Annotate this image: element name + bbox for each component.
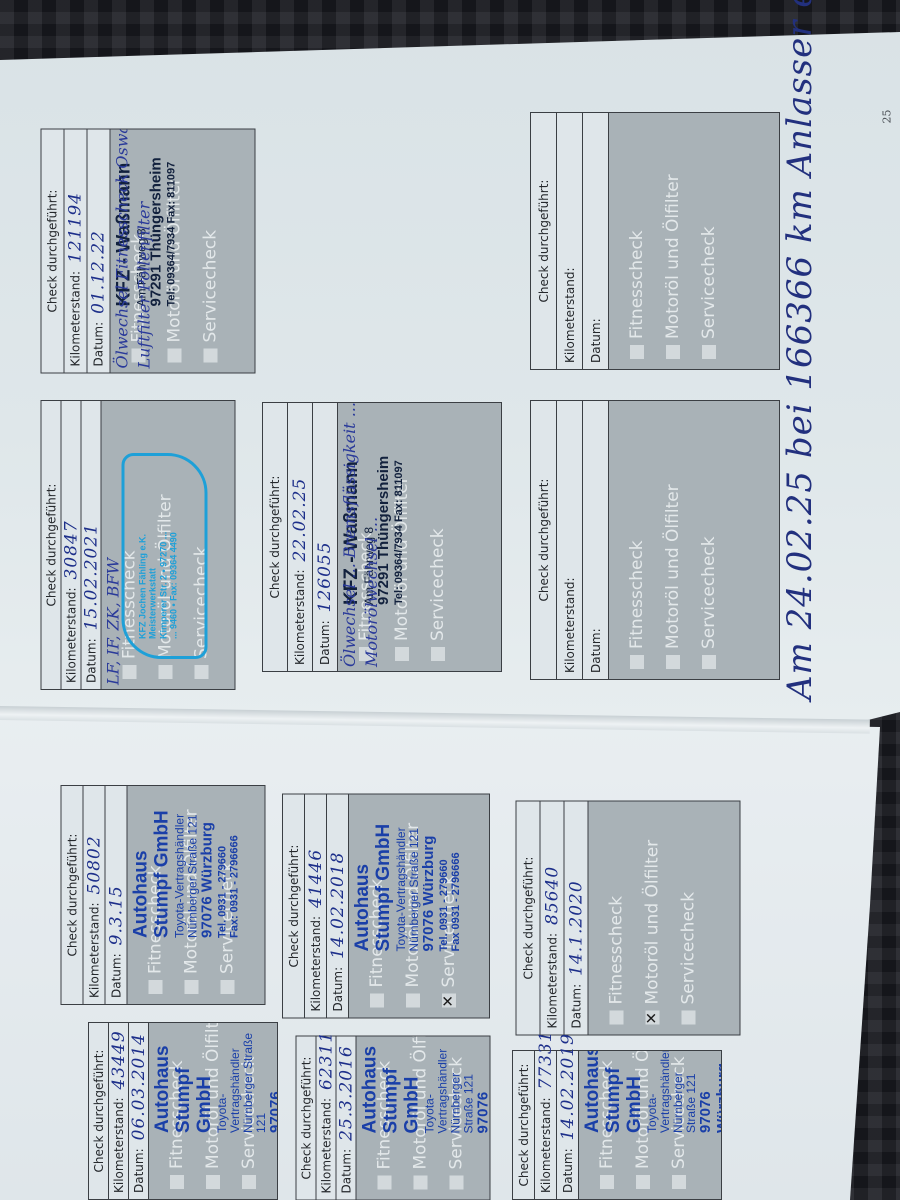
handwritten-note: Luftfilter Pollenfilter — [134, 201, 153, 368]
check-performed-row-label: Check durchgeführt: — [92, 1050, 106, 1173]
check-options-panel: FitnesscheckMotoröl und ÖlfilterServicec… — [338, 403, 501, 671]
mileage-row-value: 41446 — [306, 848, 326, 907]
stamp-text: Tel: 09364/7934 Fax: 811097 — [165, 135, 177, 306]
date-row-label: Datum: — [132, 1148, 146, 1193]
check-performed-row: Check durchgeführt: — [516, 801, 540, 1034]
check-options-panel: FitnesscheckMotoröl und ÖlfilterServicec… — [609, 113, 779, 369]
mileage-row: Kilometerstand:30847 — [61, 401, 81, 689]
stamp-text: 97076 Würzburg — [421, 800, 438, 951]
mileage-row-value: 85640 — [542, 865, 562, 924]
check-options-panel: FitnesscheckMotoröl und ÖlfilterServicec… — [101, 401, 234, 689]
mileage-row-value: 30847 — [61, 520, 81, 579]
service-check-card: Check durchgeführt:Kilometerstand:62311D… — [295, 1035, 490, 1200]
stamp-text: Toyota-Vertragshändler — [395, 800, 408, 951]
check-option-label: Servicecheck — [699, 536, 719, 649]
stamp-text: Autohaus Stumpf GmbH — [153, 1029, 216, 1133]
date-row-value: 25.3.2016 — [336, 1045, 356, 1141]
checkbox — [431, 647, 445, 661]
handwritten-note: Ölwechsel Fitnesscheck Oswald ... — [112, 129, 131, 368]
mileage-row: Kilometerstand:50802 — [83, 786, 105, 1004]
check-option: Motoröl und Ölfilter — [663, 123, 683, 359]
stamp-text: Tel. 0931 - 279660 — [438, 800, 450, 951]
mileage-row-label: Kilometerstand: — [64, 587, 78, 683]
stamp-text: Autohaus Stumpf GmbH — [353, 800, 395, 951]
mileage-row: Kilometerstand:77331 — [535, 1051, 557, 1199]
check-option: Servicecheck — [678, 811, 698, 1024]
check-performed-row: Check durchgeführt: — [531, 401, 557, 679]
check-performed-row-label: Check durchgeführt: — [517, 1064, 531, 1187]
stamp-text: Toyota-Vertragshändler — [173, 792, 186, 938]
date-row-label: Datum: — [589, 628, 603, 673]
mileage-row: Kilometerstand: — [557, 113, 583, 369]
stamp-text: 97076 Würzburg — [475, 1042, 489, 1133]
check-performed-row-label: Check durchgeführt: — [65, 834, 79, 957]
date-row-label: Datum: — [331, 966, 345, 1011]
stamp-text: Nürnberger Straße 121 — [186, 792, 199, 938]
checkbox — [702, 345, 716, 359]
mileage-row-label: Kilometerstand: — [319, 1097, 333, 1193]
date-row-value: 01.12.22 — [88, 230, 108, 314]
checkbox — [702, 655, 716, 669]
check-option-label: Servicecheck — [428, 528, 448, 641]
mileage-row: Kilometerstand:62311 — [316, 1036, 336, 1199]
mileage-row-value: 50802 — [84, 835, 104, 894]
check-option: Fitnesscheck — [606, 811, 626, 1024]
date-row-label: Datum: — [561, 1148, 575, 1193]
service-check-card: Check durchgeführt:Kilometerstand:43449D… — [88, 1022, 278, 1200]
check-options-panel: FitnesscheckMotoröl und ÖlfilterServicec… — [349, 794, 489, 1017]
check-performed-row-label: Check durchgeführt: — [521, 856, 535, 979]
date-row: Datum:01.12.22 — [87, 129, 110, 372]
date-row-label: Datum: — [84, 638, 98, 683]
margin-note-handwritten: Am 24.02.25 bei 166366 km Anlasser ern. — [780, 0, 820, 700]
dealer-stamp: Autohaus Stumpf GmbHToyota-Vertragshändl… — [583, 1057, 721, 1193]
date-row-value: 14.02.2019 — [558, 1033, 578, 1140]
handwritten-note: LF, IF, ZK, BFW — [103, 558, 122, 685]
checkbox — [609, 1010, 623, 1024]
stamp-text: Autohaus Stumpf GmbH — [583, 1057, 646, 1133]
check-performed-row: Check durchgeführt: — [41, 129, 64, 372]
check-option: Fitnesscheck — [627, 411, 647, 669]
mileage-row-label: Kilometerstand: — [293, 569, 307, 665]
mileage-row: Kilometerstand:43449 — [109, 1023, 129, 1199]
check-performed-row: Check durchgeführt: — [283, 794, 305, 1017]
check-performed-row-label: Check durchgeführt: — [537, 180, 551, 303]
mileage-row-label: Kilometerstand: — [539, 1097, 553, 1193]
date-row: Datum:06.03.2014 — [129, 1023, 149, 1199]
date-row: Datum:126055 — [313, 403, 338, 671]
date-row-label: Datum: — [589, 318, 603, 363]
check-performed-row: Check durchgeführt: — [513, 1051, 535, 1199]
stamp-text: 97076 Würzburg — [199, 792, 216, 938]
date-row-value: 06.03.2014 — [129, 1033, 149, 1140]
check-performed-row: Check durchgeführt: — [41, 401, 61, 689]
date-row: Datum:15.02.2021 — [81, 401, 101, 689]
check-option: Servicecheck — [200, 139, 220, 362]
mileage-row-value: 43449 — [109, 1030, 129, 1089]
date-row-label: Datum: — [109, 953, 123, 998]
dealer-stamp: Autohaus Stumpf GmbHToyota-Vertragshändl… — [153, 1029, 277, 1193]
date-row: Datum:14.02.2019 — [557, 1051, 579, 1199]
checkbox — [630, 345, 644, 359]
check-option-label: Servicecheck — [699, 226, 719, 339]
check-option-label: Servicecheck — [678, 891, 698, 1004]
date-row-value: 14.1.2020 — [566, 880, 586, 976]
check-options-panel: FitnesscheckMotoröl und ÖlfilterServicec… — [149, 1023, 277, 1199]
mileage-row-value: 121194 — [65, 192, 85, 263]
service-check-card: Check durchgeführt:Kilometerstand:85640D… — [515, 800, 740, 1035]
stamp-text: Toyota-Vertragshändler — [216, 1029, 242, 1133]
check-performed-row-label: Check durchgeführt: — [299, 1056, 313, 1179]
stamp-text: Fax 0931 - 2796666 — [450, 800, 462, 951]
date-row: Datum: — [583, 113, 609, 369]
mileage-row-value: 77331 — [536, 1030, 556, 1089]
check-performed-row-label: Check durchgeführt: — [44, 484, 58, 607]
handwritten-note: Ölwechsel ... Bremsflüssigkeit ... — [340, 403, 359, 667]
checkbox — [666, 345, 680, 359]
checkbox — [203, 348, 217, 362]
check-performed-row-label: Check durchgeführt: — [537, 479, 551, 602]
mileage-row-label: Kilometerstand: — [545, 932, 559, 1028]
service-check-card: Check durchgeführt:Kilometerstand:Datum:… — [530, 400, 780, 680]
service-check-card: Check durchgeführt:Kilometerstand:121194… — [40, 128, 255, 373]
date-row-value: 126055 — [315, 541, 335, 612]
date-row-label: Datum: — [318, 620, 332, 665]
checkbox — [630, 655, 644, 669]
mileage-row: Kilometerstand: — [557, 401, 583, 679]
checkbox — [158, 665, 172, 679]
check-option-label: Fitnesscheck — [627, 540, 647, 649]
dealer-stamp: Autohaus Stumpf GmbHToyota-Vertragshändl… — [353, 800, 462, 1011]
check-options-panel: FitnesscheckMotoröl und ÖlfilterServicec… — [356, 1036, 489, 1199]
check-options-panel: FitnesscheckMotoröl und ÖlfilterServicec… — [127, 786, 264, 1004]
check-option: Fitnesscheck — [627, 123, 647, 359]
stamp-text: Tel: 09364/7934 Fax: 811097 — [393, 409, 405, 605]
checkbox — [645, 1010, 659, 1024]
date-row: Datum:14.02.2018 — [327, 794, 349, 1017]
stamp-text: Autohaus Stumpf GmbH — [131, 792, 173, 938]
service-check-card: Check durchgeführt:Kilometerstand:30847D… — [40, 400, 235, 690]
stamp-text: Nürnberger Straße 121 — [242, 1029, 268, 1133]
stamp-text: 97076 Würzburg — [698, 1057, 721, 1133]
date-row: Datum:9.3.15 — [105, 786, 127, 1004]
mileage-row-label: Kilometerstand: — [309, 915, 323, 1011]
workshop-stamp: KFZ Jochen Fähling e.K.MeisterwerkstattK… — [137, 532, 178, 639]
date-row: Datum:25.3.2016 — [336, 1036, 356, 1199]
mileage-row-label: Kilometerstand: — [112, 1097, 126, 1193]
stamp-text: Nürnberger Straße 121 — [449, 1042, 475, 1133]
checkbox — [681, 1010, 695, 1024]
service-check-card: Check durchgeführt:Kilometerstand:Datum:… — [530, 112, 780, 370]
check-option: Servicecheck — [428, 413, 448, 661]
date-row-label: Datum: — [339, 1148, 353, 1193]
date-row-value: 15.02.2021 — [81, 523, 101, 630]
mileage-row-label: Kilometerstand: — [87, 902, 101, 998]
check-performed-row-label: Check durchgeführt: — [287, 844, 301, 967]
checkbox — [194, 665, 208, 679]
check-options-panel: FitnesscheckMotoröl und ÖlfilterServicec… — [588, 801, 739, 1034]
dealer-stamp: Autohaus Stumpf GmbHToyota-Vertragshändl… — [360, 1042, 489, 1193]
check-option-label: Motoröl und Ölfilter — [642, 839, 662, 1004]
service-check-card: Check durchgeführt:Kilometerstand:22.02.… — [262, 402, 502, 672]
check-option-label: Servicecheck — [200, 229, 220, 342]
checkbox — [122, 665, 136, 679]
stamp-text: Fax: 0931 - 2796666 — [228, 792, 240, 938]
mileage-row: Kilometerstand:85640 — [540, 801, 564, 1034]
checkbox — [666, 655, 680, 669]
check-performed-row: Check durchgeführt: — [61, 786, 83, 1004]
service-check-card: Check durchgeführt:Kilometerstand:41446D… — [282, 793, 490, 1018]
mileage-row: Kilometerstand:41446 — [305, 794, 327, 1017]
mileage-row-label: Kilometerstand: — [68, 270, 82, 366]
mileage-row: Kilometerstand:121194 — [64, 129, 87, 372]
check-option: Motoröl und Ölfilter — [642, 811, 662, 1024]
check-option-label: Motoröl und Ölfilter — [663, 484, 683, 649]
check-performed-row: Check durchgeführt: — [89, 1023, 109, 1199]
check-performed-row: Check durchgeführt: — [263, 403, 288, 671]
mileage-row-label: Kilometerstand: — [563, 267, 577, 363]
date-row-value: 9.3.15 — [106, 885, 126, 945]
check-options-panel: FitnesscheckMotoröl und ÖlfilterServicec… — [579, 1051, 721, 1199]
check-option-label: Fitnesscheck — [627, 230, 647, 339]
check-option-label: Fitnesscheck — [606, 895, 626, 1004]
check-option: Motoröl und Ölfilter — [663, 411, 683, 669]
stamp-text: Toyota-Vertragshändler — [423, 1042, 449, 1133]
check-options-panel: FitnesscheckMotoröl und ÖlfilterServicec… — [609, 401, 779, 679]
date-row-value: 14.02.2018 — [328, 851, 348, 958]
handwritten-note: Motorölwechsel ... — [362, 517, 381, 667]
check-performed-row-label: Check durchgeführt: — [268, 476, 282, 599]
check-options-panel: FitnesscheckMotoröl und ÖlfilterServicec… — [110, 129, 254, 372]
check-option: Servicecheck — [699, 411, 719, 669]
dealer-stamp: Autohaus Stumpf GmbHToyota-Vertragshändl… — [131, 792, 240, 998]
service-check-card: Check durchgeführt:Kilometerstand:50802D… — [60, 785, 265, 1005]
stamp-text: Toyota-Vertragshändler — [646, 1057, 672, 1133]
date-row-label: Datum: — [91, 321, 105, 366]
mileage-row: Kilometerstand:22.02.25 — [288, 403, 313, 671]
stamp-text: Autohaus Stumpf GmbH — [360, 1042, 423, 1133]
mileage-row-value: 62311 — [316, 1030, 336, 1089]
check-option-label: Motoröl und Ölfilter — [663, 174, 683, 339]
check-performed-row-label: Check durchgeführt: — [45, 189, 59, 312]
mileage-row-label: Kilometerstand: — [563, 577, 577, 673]
check-performed-row: Check durchgeführt: — [296, 1036, 316, 1199]
stamp-text: 97076 Würzburg — [268, 1029, 277, 1133]
stamp-text: Nürnberger Straße 121 — [672, 1057, 698, 1133]
date-row-label: Datum: — [569, 983, 583, 1028]
service-check-card: Check durchgeführt:Kilometerstand:77331D… — [512, 1050, 722, 1200]
stamp-text: Tel. 0931 - 279660 — [216, 792, 228, 938]
page-number: 25 — [881, 110, 894, 124]
check-option: Servicecheck — [699, 123, 719, 359]
date-row: Datum: — [583, 401, 609, 679]
date-row: Datum:14.1.2020 — [564, 801, 588, 1034]
check-performed-row: Check durchgeführt: — [531, 113, 557, 369]
mileage-row-value: 22.02.25 — [290, 478, 310, 562]
